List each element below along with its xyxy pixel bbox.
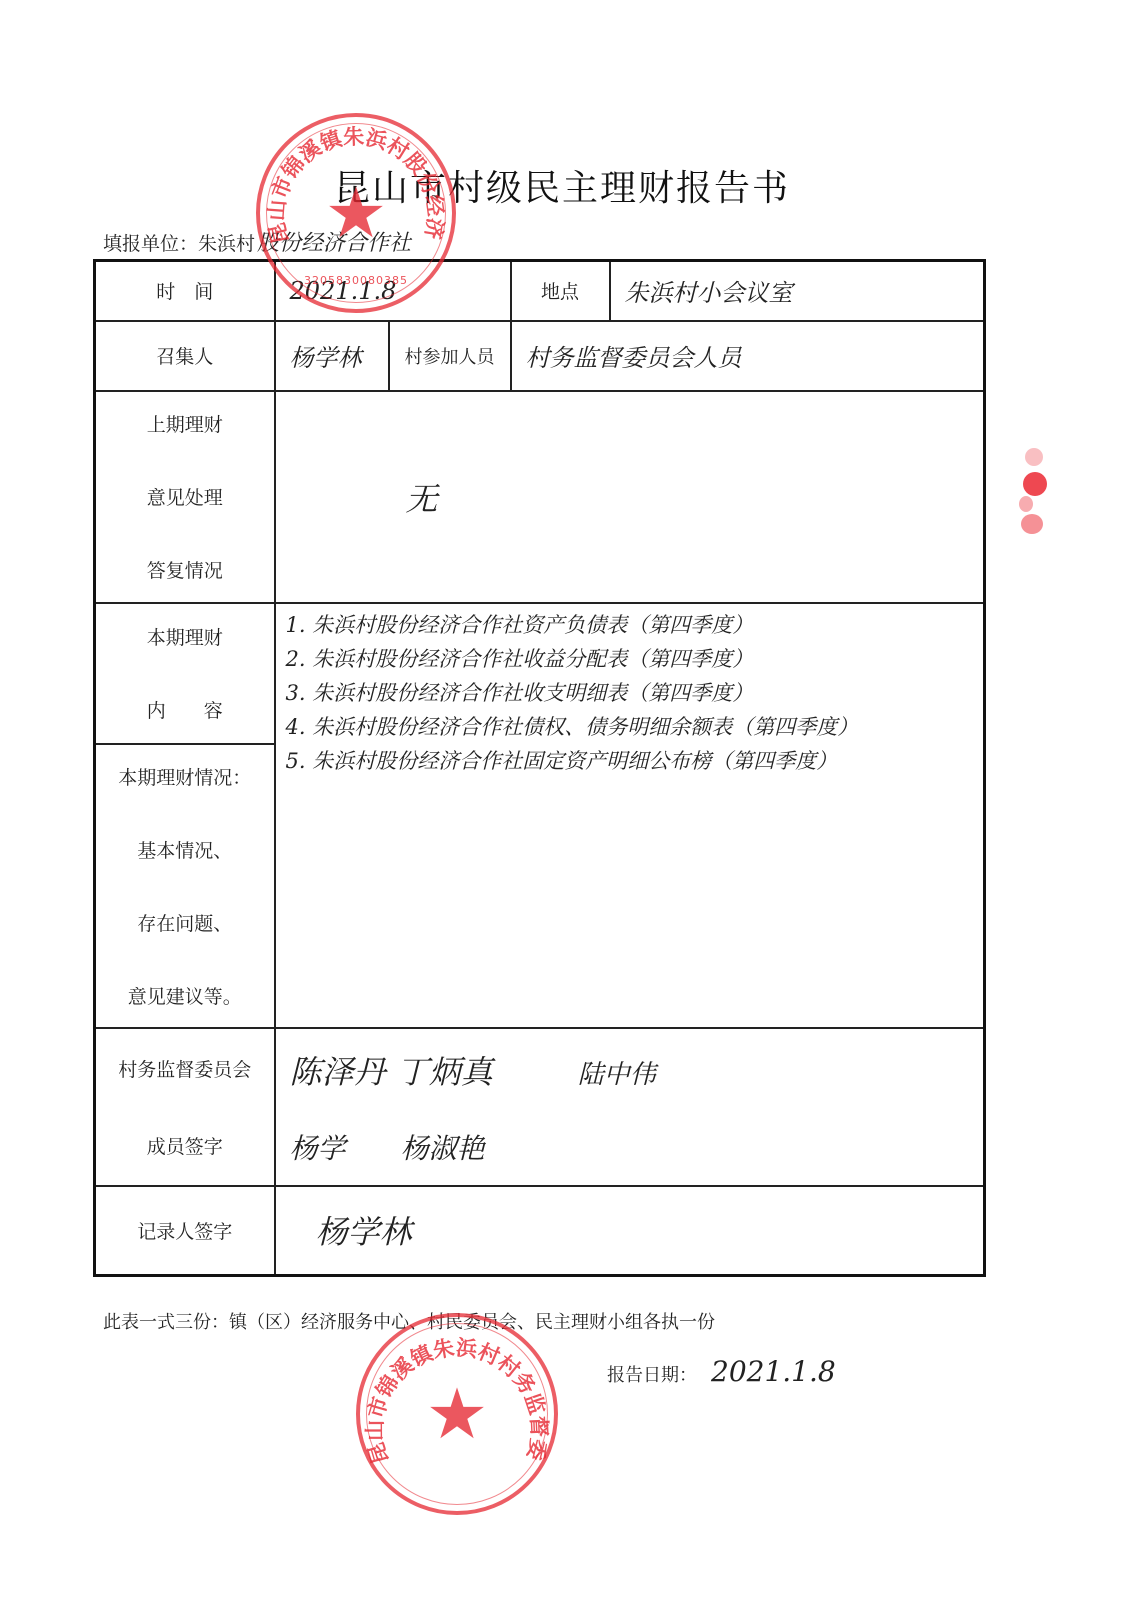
- row-supervision: 村务监督委员会 成员签字 陈泽丹 丁炳真 陆中伟 杨学 杨淑艳: [95, 1028, 985, 1186]
- supervision-signatures: 陈泽丹 丁炳真 陆中伟 杨学 杨淑艳: [275, 1028, 985, 1186]
- previous-value: 无: [406, 480, 438, 518]
- recorder-signature: 杨学林: [316, 1213, 412, 1251]
- participants-value: 村务监督委员会人员: [511, 321, 985, 391]
- filing-unit-label: 填报单位：: [103, 233, 198, 255]
- previous-value-cell: 无: [275, 391, 985, 603]
- current-content-label: 本期理财 内 容: [95, 603, 275, 744]
- report-date-value: 2021.1.8: [711, 1355, 836, 1388]
- seal-code: 3205830080385: [304, 274, 408, 287]
- seam-seal-mark: [1015, 448, 1055, 538]
- content-item: 4. 朱浜村股份经济合作社债权、债务明细余额表（第四季度）: [286, 710, 984, 744]
- star-icon: ★: [325, 178, 388, 248]
- current-situation-label: 本期理财情况： 基本情况、 存在问题、 意见建议等。: [95, 744, 275, 1028]
- row-previous: 上期理财 意见处理 答复情况 无: [95, 391, 985, 603]
- signature: 丁炳真: [397, 1053, 493, 1091]
- signature: 杨淑艳: [401, 1132, 485, 1165]
- participants-label: 村参加人员: [389, 321, 511, 391]
- filing-unit-printed: 朱浜村: [198, 233, 255, 255]
- convener-label: 召集人: [95, 321, 275, 391]
- star-icon: ★: [426, 1379, 489, 1449]
- supervision-label: 村务监督委员会 成员签字: [95, 1028, 275, 1186]
- content-item: 5. 朱浜村股份经济合作社固定资产明细公布榜（第四季度）: [286, 744, 984, 778]
- document-title: 昆山市村级民主理财报告书: [0, 160, 1124, 211]
- content-item: 2. 朱浜村股份经济合作社收益分配表（第四季度）: [286, 642, 984, 676]
- recorder-label: 记录人签字: [95, 1186, 275, 1276]
- cooperative-seal-stamp: 昆山市锦溪镇朱浜村股份经济合作社 ★ 3205830080385: [256, 113, 456, 313]
- row-convener: 召集人 杨学林 村参加人员 村务监督委员会人员: [95, 321, 985, 391]
- signature: 杨学: [290, 1132, 346, 1165]
- time-label: 时 间: [95, 261, 275, 321]
- content-item: 1. 朱浜村股份经济合作社资产负债表（第四季度）: [286, 608, 984, 642]
- signature: 陆中伟: [578, 1060, 656, 1090]
- place-label: 地点: [511, 261, 610, 321]
- row-time-place: 时 间 2021.1.8 地点 朱浜村小会议室: [95, 261, 985, 321]
- place-value: 朱浜村小会议室: [610, 261, 985, 321]
- previous-label: 上期理财 意见处理 答复情况: [95, 391, 275, 603]
- report-date: 报告日期：2021.1.8: [607, 1355, 836, 1388]
- current-content-list: 1. 朱浜村股份经济合作社资产负债表（第四季度） 2. 朱浜村股份经济合作社收益…: [275, 603, 985, 1028]
- recorder-signature-cell: 杨学林: [275, 1186, 985, 1276]
- supervision-committee-seal-stamp: 昆山市锦溪镇朱浜村村务监督委员会 ★: [356, 1313, 558, 1515]
- row-recorder: 记录人签字 杨学林: [95, 1186, 985, 1276]
- signature: 陈泽丹: [290, 1053, 386, 1091]
- report-date-label: 报告日期：: [607, 1365, 697, 1386]
- content-item: 3. 朱浜村股份经济合作社收支明细表（第四季度）: [286, 676, 984, 710]
- convener-value: 杨学林: [275, 321, 389, 391]
- report-form-table: 时 间 2021.1.8 地点 朱浜村小会议室 召集人 杨学林 村参加人员 村务…: [93, 259, 986, 1277]
- row-current-content: 本期理财 内 容 1. 朱浜村股份经济合作社资产负债表（第四季度） 2. 朱浜村…: [95, 603, 985, 744]
